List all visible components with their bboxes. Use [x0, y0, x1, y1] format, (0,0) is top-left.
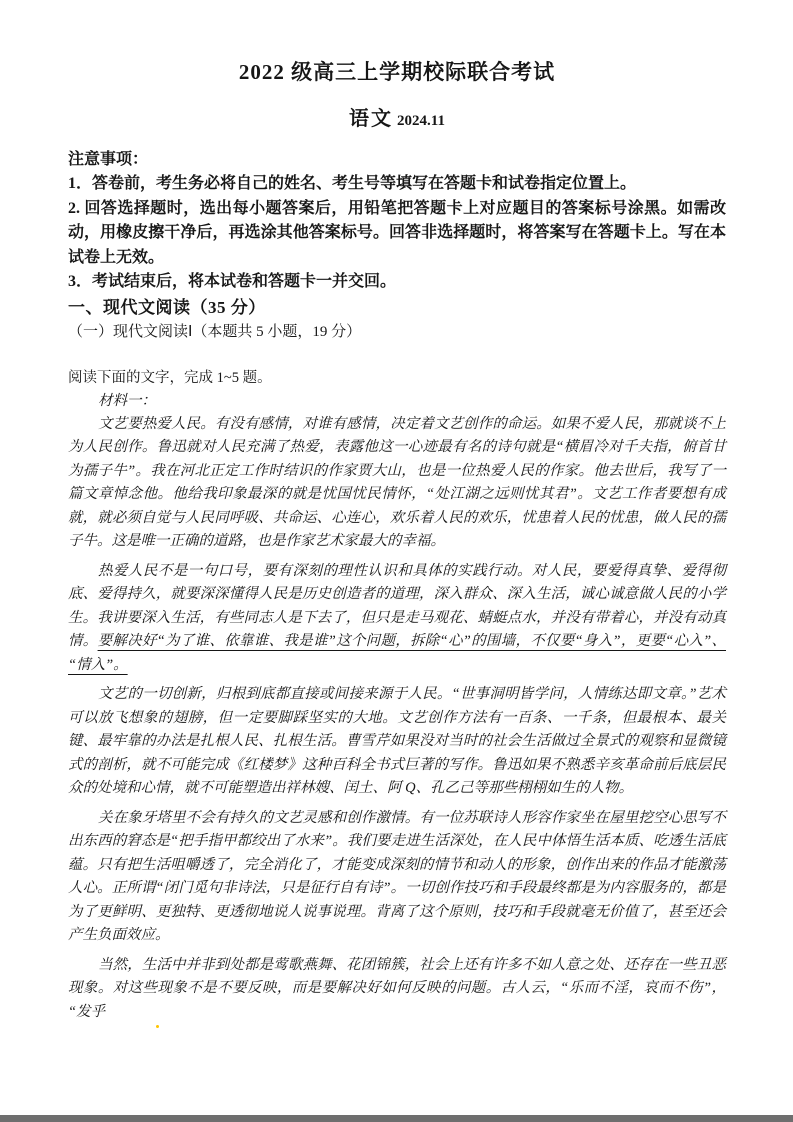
- highlight-dot: [156, 1025, 159, 1028]
- material-paragraph-1: 文艺要热爱人民。有没有感情，对谁有感情，决定着文艺创作的命运。如果不爱人民，那就…: [68, 413, 726, 554]
- material-paragraph-5: 当然，生活中并非到处都是莺歌燕舞、花团锦簇，社会上还有许多不如人意之处、还存在一…: [68, 954, 726, 1025]
- page-bottom-bar: [0, 1115, 793, 1122]
- page-title: 2022 级高三上学期校际联合考试: [68, 58, 726, 86]
- exam-date: 2024.11: [397, 113, 445, 129]
- subject-line: 语文 2024.11: [68, 106, 726, 134]
- notice-heading: 注意事项：: [68, 148, 726, 172]
- notice-item-2: 2. 回答选择题时，选出每小题答案后，用铅笔把答题卡上对应题目的答案标号涂黑。如…: [68, 197, 726, 271]
- underlined-passage: 要解决好“为了谁、依靠谁、我是谁”这个问题，拆除“心”的围墙，不仅要“身入”，更…: [68, 633, 726, 673]
- section-heading: 一、现代文阅读（35 分）: [68, 295, 726, 320]
- material-paragraph-3: 文艺的一切创新，归根到底都直接或间接来源于人民。“世事洞明皆学问，人情练达即文章…: [68, 683, 726, 801]
- exam-page: 2022 级高三上学期校际联合考试 语文 2024.11 注意事项： 1．答卷前…: [0, 0, 793, 1024]
- notice-item-3: 3．考试结束后，将本试卷和答题卡一并交回。: [68, 270, 726, 295]
- material-text: 文艺要热爱人民。有没有感情，对谁有感情，决定着文艺创作的命运。如果不爱人民，那就…: [68, 413, 726, 1025]
- notice-item-1: 1．答卷前，考生务必将自己的姓名、考生号等填写在答题卡和试卷指定位置上。: [68, 172, 726, 197]
- material-label: 材料一：: [68, 390, 726, 413]
- material-paragraph-2: 热爱人民不是一句口号，要有深刻的理性认识和具体的实践行动。对人民，要爱得真挚、爱…: [68, 560, 726, 678]
- subsection-heading: （一）现代文阅读Ⅰ（本题共 5 小题，19 分）: [68, 320, 726, 345]
- material-paragraph-4: 关在象牙塔里不会有持久的文艺灵感和创作激情。有一位苏联诗人形容作家坐在屋里挖空心…: [68, 807, 726, 948]
- reading-instruction: 阅读下面的文字，完成 1~5 题。: [68, 367, 726, 390]
- subject-title: 语文: [349, 108, 393, 130]
